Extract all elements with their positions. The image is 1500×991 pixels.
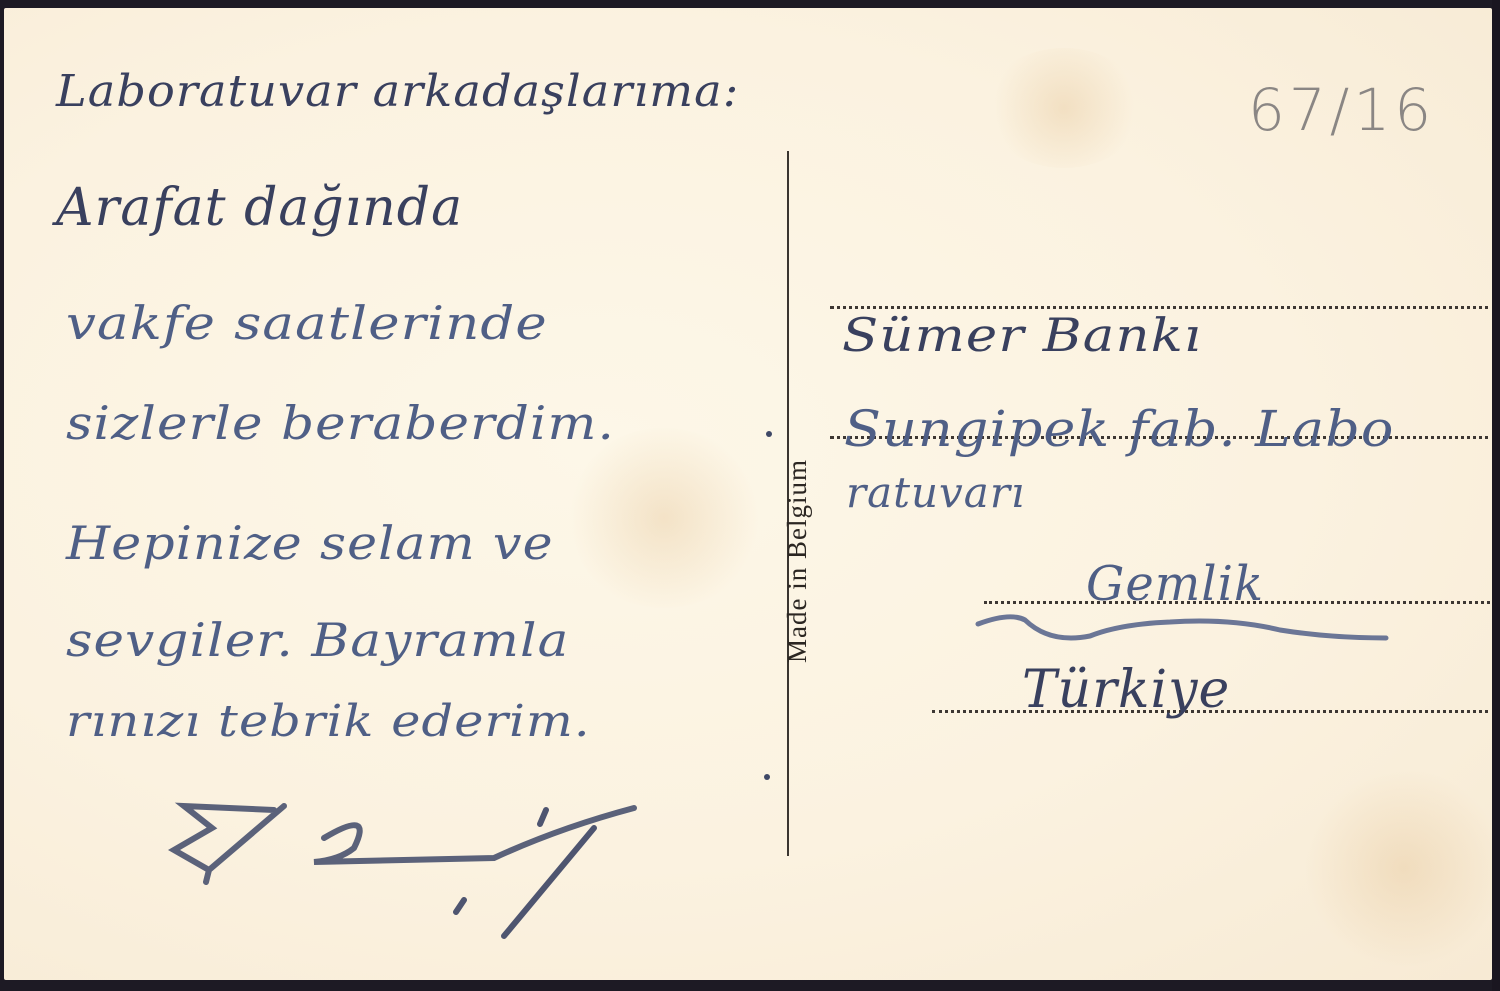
ink-dot xyxy=(764,774,770,780)
message-line: sizlerle beraberdim. xyxy=(66,396,615,450)
message-line: Hepinize selam ve xyxy=(66,516,554,570)
ink-dot xyxy=(766,431,772,437)
message-line: vakfe saatlerinde xyxy=(66,296,548,350)
address-line: Sümer Bankı xyxy=(842,308,1202,362)
archive-number: 67/16 xyxy=(1248,76,1435,144)
address-line-country: Türkiye xyxy=(1022,660,1230,720)
postcard-back: 67/16 Laboratuvar arkadaşlarıma: Arafat … xyxy=(4,8,1492,980)
address-line: Sungipek fab. Labo xyxy=(844,400,1394,458)
message-line: rınızı tebrik ederim. xyxy=(66,696,591,747)
paper-stain xyxy=(1304,768,1500,968)
message-line-greeting: Laboratuvar arkadaşlarıma: xyxy=(56,66,739,117)
message-line: Arafat dağında xyxy=(56,178,463,238)
scan-edge xyxy=(1492,0,1500,991)
underline-flourish-icon xyxy=(970,608,1400,658)
signature: Bari xyxy=(214,830,220,831)
message-line: sevgiler. Bayramla xyxy=(66,613,569,667)
signature-icon xyxy=(164,788,644,948)
address-line-city: Gemlik xyxy=(1086,556,1264,612)
address-line: ratuvarı xyxy=(846,468,1025,517)
paper-stain xyxy=(564,428,764,608)
paper-stain xyxy=(984,48,1144,168)
printed-made-in-label: Made in Belgium xyxy=(782,459,813,663)
